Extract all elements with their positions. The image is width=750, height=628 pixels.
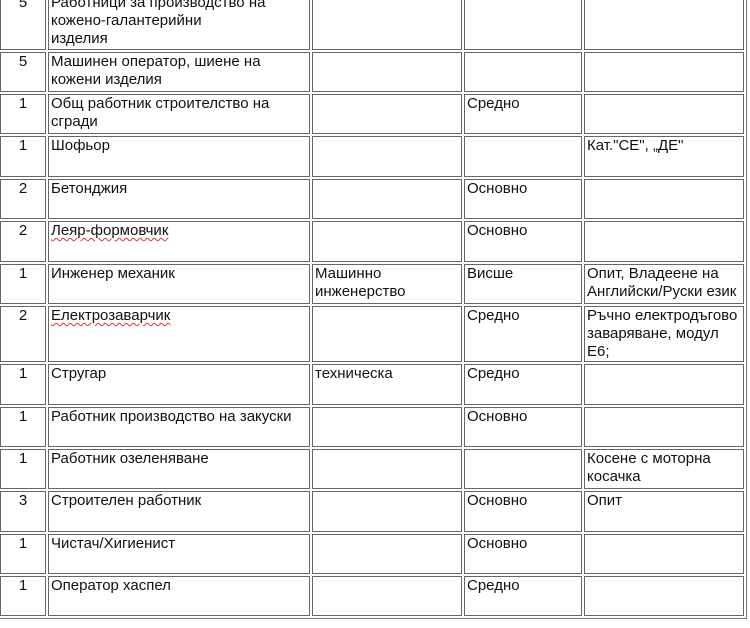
- requirements-cell: Кат."СЕ", „ДЕ": [584, 136, 744, 177]
- table-row: 2БетонджияОсновно: [0, 179, 744, 219]
- requirements-text: Ръчно електродъгово заваряване, модул Е6…: [587, 307, 737, 360]
- position-text: Чистач/Хигиенист: [51, 535, 175, 552]
- position-text: Шофьор: [51, 137, 110, 154]
- position-text: Работник производство на закуски: [51, 408, 292, 425]
- specialty-cell: [312, 576, 462, 616]
- education-text: Основно: [467, 180, 527, 197]
- education-cell: [464, 0, 582, 50]
- education-cell: Основно: [464, 491, 582, 532]
- table-row: 5Работници за производство накожено-гала…: [0, 0, 744, 50]
- position-text: Леяр-формовчик: [51, 222, 168, 239]
- position-cell: Стругар: [48, 364, 310, 405]
- specialty-text: Машинно инженерство: [315, 265, 406, 300]
- specialty-cell: [312, 0, 462, 50]
- position-text: Инженер механик: [51, 265, 175, 282]
- position-text: Бетонджия: [51, 180, 127, 197]
- count-cell: 2: [0, 179, 46, 219]
- education-text: Средно: [467, 307, 520, 324]
- specialty-cell: [312, 179, 462, 219]
- requirements-cell: [584, 179, 744, 219]
- position-cell: Машинен оператор, шиене на кожени издели…: [48, 52, 310, 92]
- table-row: 2ЕлектрозаварчикСредноРъчно електродъгов…: [0, 306, 744, 362]
- table-row: 1ШофьорКат."СЕ", „ДЕ": [0, 136, 744, 177]
- count-cell: 5: [0, 0, 46, 50]
- count-text: 1: [19, 408, 27, 425]
- job-vacancies-table: 5Работници за производство накожено-гала…: [0, 0, 747, 619]
- count-text: 1: [19, 137, 27, 154]
- position-cell: Електрозаварчик: [48, 306, 310, 362]
- specialty-cell: [312, 449, 462, 489]
- count-cell: 1: [0, 449, 46, 489]
- specialty-cell: Машинно инженерство: [312, 264, 462, 304]
- count-cell: 1: [0, 264, 46, 304]
- table-row: 1Инженер механикМашинно инженерствоВисше…: [0, 264, 744, 304]
- requirements-text: Опит, Владеене на Английски/Руски език: [587, 265, 736, 300]
- requirements-cell: [584, 534, 744, 574]
- table-row: 5Машинен оператор, шиене на кожени издел…: [0, 52, 744, 92]
- count-cell: 1: [0, 407, 46, 447]
- specialty-cell: [312, 306, 462, 362]
- count-cell: 1: [0, 94, 46, 134]
- count-cell: 2: [0, 306, 46, 362]
- education-cell: [464, 449, 582, 489]
- position-text: Машинен оператор, шиене на кожени издели…: [51, 53, 261, 88]
- requirements-cell: [584, 52, 744, 92]
- requirements-cell: [584, 0, 744, 50]
- education-cell: Средно: [464, 364, 582, 405]
- count-cell: 5: [0, 52, 46, 92]
- education-cell: Основно: [464, 407, 582, 447]
- requirements-cell: [584, 407, 744, 447]
- position-cell: Шофьор: [48, 136, 310, 177]
- specialty-cell: [312, 534, 462, 574]
- requirements-cell: [584, 576, 744, 616]
- count-text: 1: [19, 577, 27, 594]
- education-text: Висше: [467, 265, 513, 282]
- education-cell: [464, 136, 582, 177]
- education-cell: Основно: [464, 179, 582, 219]
- position-text: Електрозаварчик: [51, 307, 170, 324]
- count-text: 2: [19, 180, 27, 197]
- table-row: 2Леяр-формовчикОсновно: [0, 221, 744, 262]
- table-row: 1Общ работник строителство на сградиСред…: [0, 94, 744, 134]
- table-row: 1Чистач/ХигиенистОсновно: [0, 534, 744, 574]
- education-cell: Основно: [464, 221, 582, 262]
- requirements-cell: [584, 94, 744, 134]
- position-text: Работник озеленяване: [51, 450, 209, 467]
- education-cell: Средно: [464, 306, 582, 362]
- count-text: 5: [19, 0, 27, 11]
- count-text: 1: [19, 535, 27, 552]
- education-text: Средно: [467, 577, 520, 594]
- count-text: 1: [19, 365, 27, 382]
- table-row: 3Строителен работникОсновноОпит: [0, 491, 744, 532]
- count-cell: 1: [0, 576, 46, 616]
- count-text: 3: [19, 492, 27, 509]
- count-text: 1: [19, 265, 27, 282]
- count-cell: 1: [0, 364, 46, 405]
- education-cell: Висше: [464, 264, 582, 304]
- position-cell: Работници за производство накожено-галан…: [48, 0, 310, 50]
- count-text: 2: [19, 222, 27, 239]
- count-cell: 1: [0, 534, 46, 574]
- specialty-cell: [312, 136, 462, 177]
- education-text: Основно: [467, 222, 527, 239]
- specialty-cell: [312, 491, 462, 532]
- specialty-cell: [312, 94, 462, 134]
- position-text: Оператор хаспел: [51, 577, 171, 594]
- table-row: 1Оператор хаспелСредно: [0, 576, 744, 616]
- education-cell: [464, 52, 582, 92]
- position-text: Строителен работник: [51, 492, 201, 509]
- position-cell: Строителен работник: [48, 491, 310, 532]
- position-cell: Общ работник строителство на сгради: [48, 94, 310, 134]
- table-row: 1Работник озеленяванеКосене с моторна ко…: [0, 449, 744, 489]
- count-cell: 1: [0, 136, 46, 177]
- position-cell: Работник озеленяване: [48, 449, 310, 489]
- education-text: Средно: [467, 95, 520, 112]
- requirements-cell: Ръчно електродъгово заваряване, модул Е6…: [584, 306, 744, 362]
- position-text: Общ работник строителство на сгради: [51, 95, 269, 130]
- requirements-cell: [584, 221, 744, 262]
- count-text: 2: [19, 307, 27, 324]
- position-cell: Инженер механик: [48, 264, 310, 304]
- position-cell: Бетонджия: [48, 179, 310, 219]
- count-text: 1: [19, 95, 27, 112]
- education-cell: Средно: [464, 576, 582, 616]
- position-cell: Леяр-формовчик: [48, 221, 310, 262]
- specialty-cell: техническа: [312, 364, 462, 405]
- specialty-cell: [312, 52, 462, 92]
- position-cell: Чистач/Хигиенист: [48, 534, 310, 574]
- requirements-cell: Опит, Владеене на Английски/Руски език: [584, 264, 744, 304]
- requirements-text: Кат."СЕ", „ДЕ": [587, 137, 683, 154]
- education-cell: Основно: [464, 534, 582, 574]
- education-text: Основно: [467, 492, 527, 509]
- requirements-text: Косене с моторна косачка: [587, 450, 711, 485]
- requirements-cell: Опит: [584, 491, 744, 532]
- position-text: Стругар: [51, 365, 106, 382]
- table-row: 1Работник производство на закускиОсновно: [0, 407, 744, 447]
- position-text: Работници за производство накожено-галан…: [51, 0, 265, 47]
- education-text: Основно: [467, 535, 527, 552]
- specialty-cell: [312, 407, 462, 447]
- requirements-text: Опит: [587, 492, 622, 509]
- education-cell: Средно: [464, 94, 582, 134]
- table-row: 1СтругартехническаСредно: [0, 364, 744, 405]
- count-cell: 3: [0, 491, 46, 532]
- specialty-cell: [312, 221, 462, 262]
- specialty-text: техническа: [315, 365, 393, 382]
- education-text: Основно: [467, 408, 527, 425]
- requirements-cell: [584, 364, 744, 405]
- count-cell: 2: [0, 221, 46, 262]
- count-text: 5: [19, 53, 27, 70]
- education-text: Средно: [467, 365, 520, 382]
- requirements-cell: Косене с моторна косачка: [584, 449, 744, 489]
- position-cell: Оператор хаспел: [48, 576, 310, 616]
- position-cell: Работник производство на закуски: [48, 407, 310, 447]
- count-text: 1: [19, 450, 27, 467]
